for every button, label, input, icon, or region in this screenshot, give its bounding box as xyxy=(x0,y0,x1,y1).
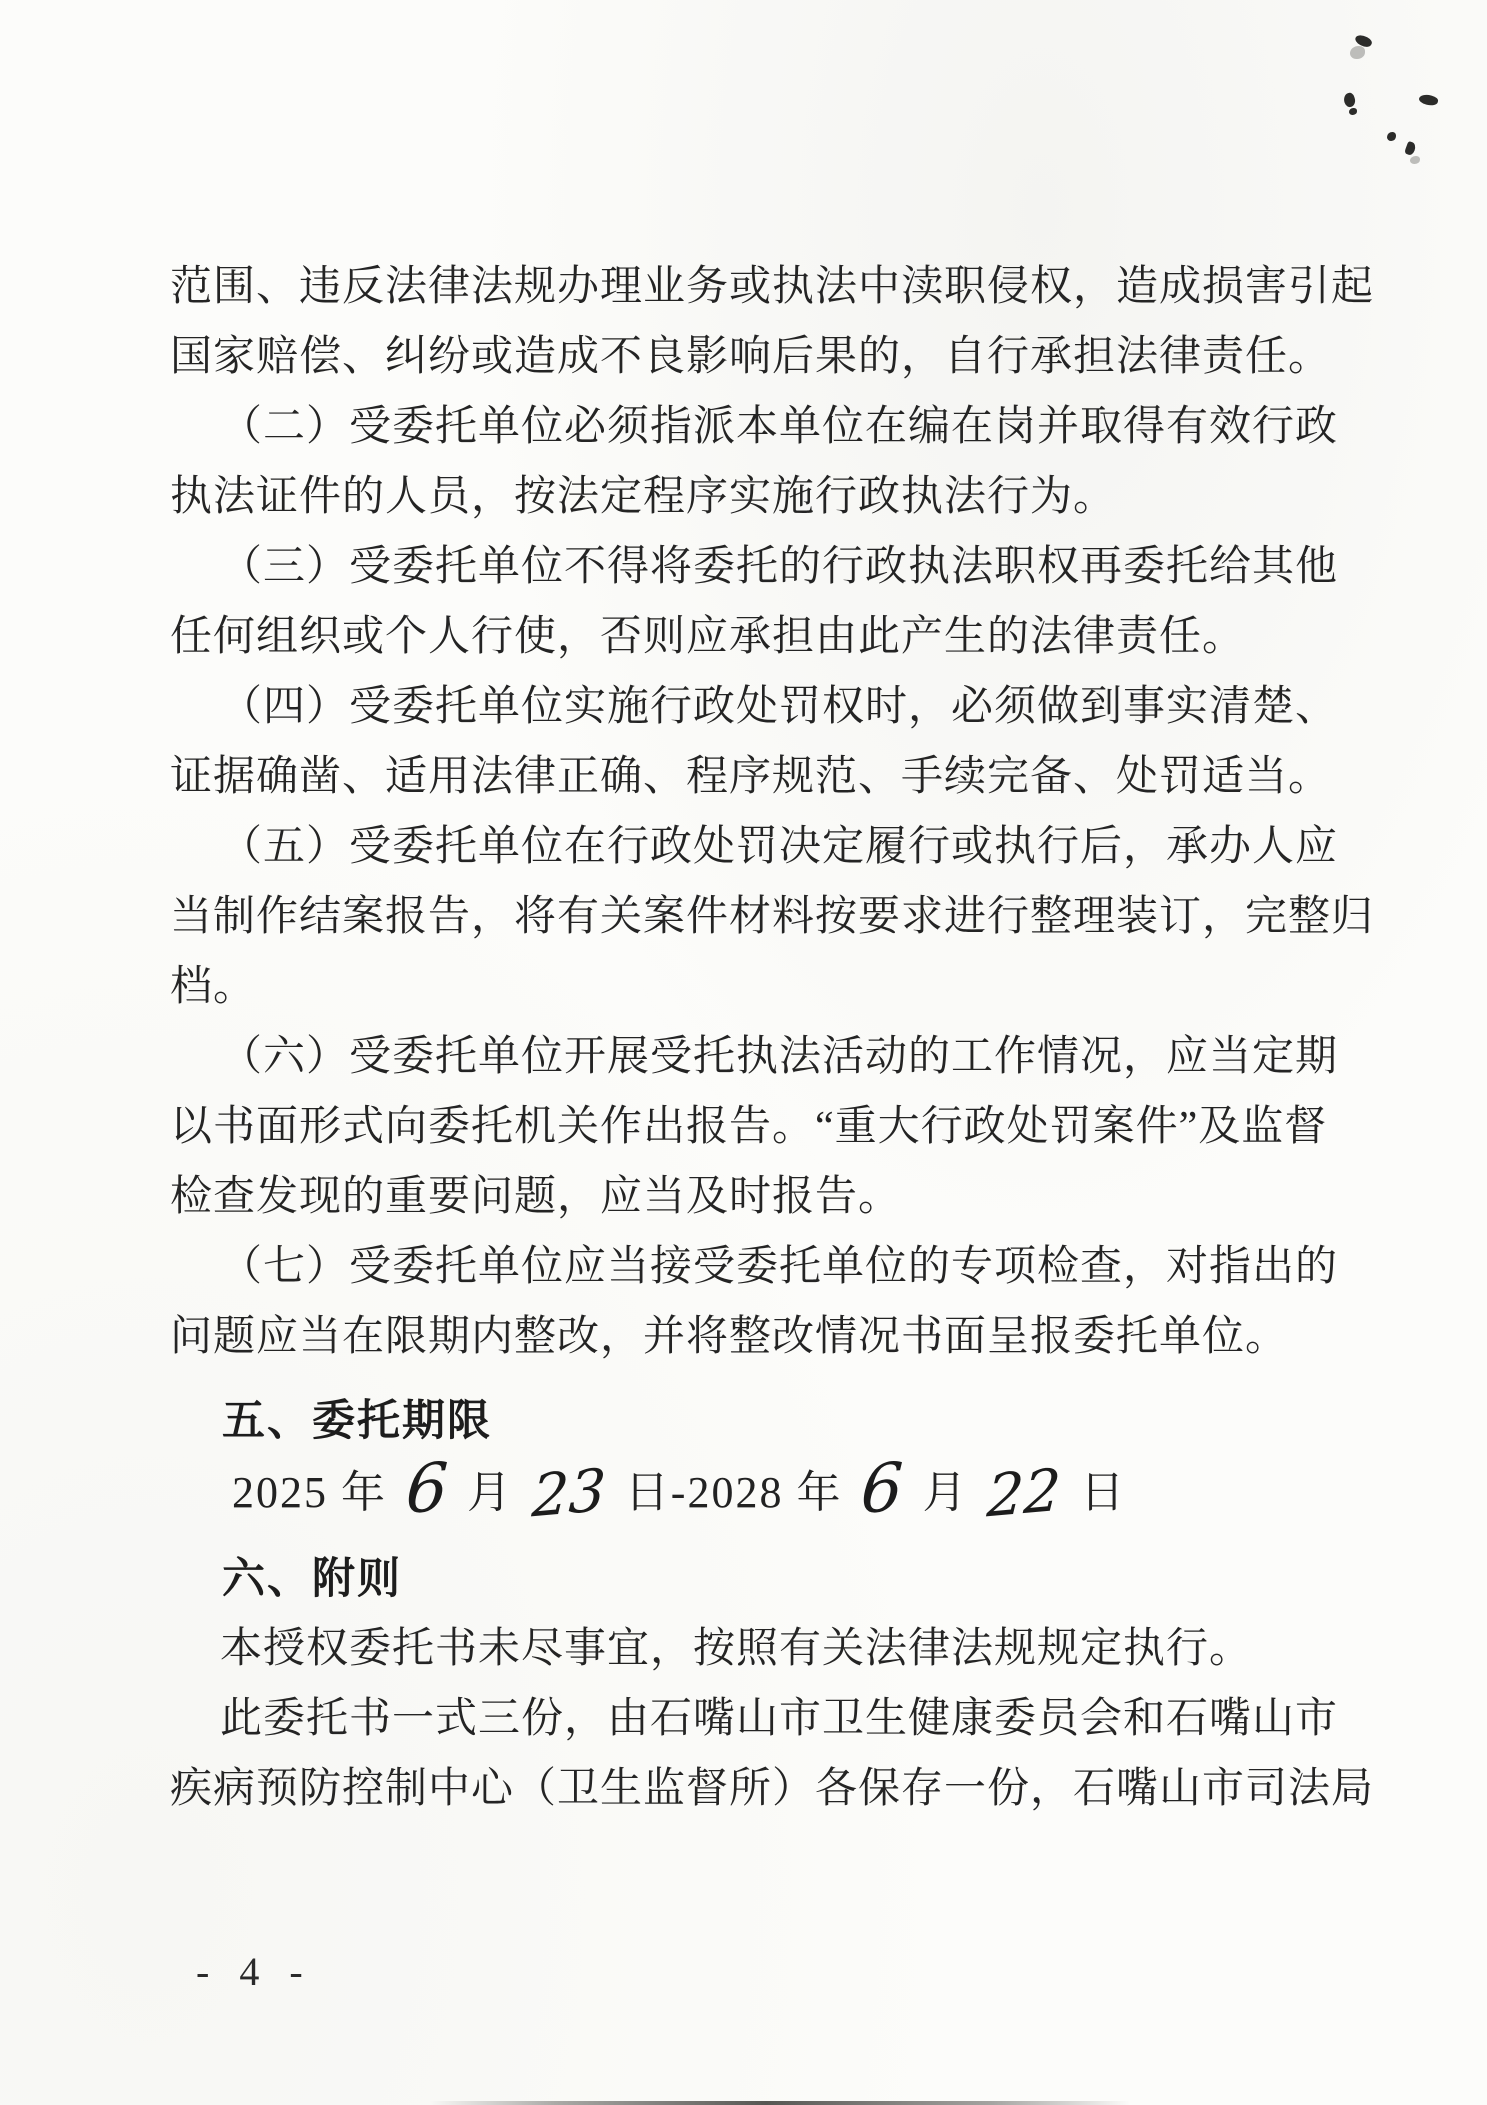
document-body: 范围、违反法律法规办理业务或执法中渎职侵权，造成损害引起 国家赔偿、纠纷或造成不… xyxy=(170,252,1080,1824)
text-line: （三）受委托单位不得将委托的行政执法职权再委托给其他 xyxy=(170,532,1080,602)
text-line: 任何组织或个人行使，否则应承担由此产生的法律责任。 xyxy=(170,602,1080,672)
text-line: 疾病预防控制中心（卫生监督所）各保存一份，石嘴山市司法局 xyxy=(170,1754,1080,1824)
text-line: 问题应当在限期内整改，并将整改情况书面呈报委托单位。 xyxy=(170,1302,1080,1372)
scan-edge-artifact xyxy=(430,2101,1130,2105)
text-line: 国家赔偿、纠纷或造成不良影响后果的，自行承担法律责任。 xyxy=(170,322,1080,392)
text-line: 档。 xyxy=(170,952,1080,1022)
text-line: 范围、违反法律法规办理业务或执法中渎职侵权，造成损害引起 xyxy=(170,252,1080,322)
text-line: （二）受委托单位必须指派本单位在编在岗并取得有效行政 xyxy=(170,392,1080,462)
ink-speck xyxy=(1349,108,1357,115)
ink-speck xyxy=(1404,141,1417,156)
section-heading-entrustment-term: 五、委托期限 xyxy=(170,1386,1080,1456)
text-line: 证据确凿、适用法律正确、程序规范、手续完备、处罚适当。 xyxy=(170,742,1080,812)
ink-speck xyxy=(1387,132,1396,141)
handwritten-day-number: 22 xyxy=(986,1461,1063,1526)
ink-speck xyxy=(1418,93,1439,107)
text-line: （六）受委托单位开展受托执法活动的工作情况，应当定期 xyxy=(170,1022,1080,1092)
entrustment-date-line: 2025 年 6 月 23 日-2028 年 6 月 22 日 xyxy=(170,1456,1080,1530)
text-line: （五）受委托单位在行政处罚决定履行或执行后，承办人应 xyxy=(170,812,1080,882)
handwritten-day-number: 23 xyxy=(531,1461,608,1526)
date-printed-segment: 2025 年 xyxy=(232,1468,387,1517)
date-printed-segment: 月 xyxy=(467,1468,513,1517)
handwritten-month-number: 6 xyxy=(860,1454,905,1524)
section-heading-supplementary: 六、附则 xyxy=(170,1544,1080,1614)
text-line: 以书面形式向委托机关作出报告。“重大行政处罚案件”及监督 xyxy=(170,1092,1080,1162)
scanned-document-page: 范围、违反法律法规办理业务或执法中渎职侵权，造成损害引起 国家赔偿、纠纷或造成不… xyxy=(0,0,1487,2105)
text-line: 检查发现的重要问题，应当及时报告。 xyxy=(170,1162,1080,1232)
ink-speck xyxy=(1342,92,1357,109)
handwritten-month-number: 6 xyxy=(404,1454,449,1524)
text-line: 此委托书一式三份，由石嘴山市卫生健康委员会和石嘴山市 xyxy=(170,1684,1080,1754)
text-line: 本授权委托书未尽事宜，按照有关法律法规规定执行。 xyxy=(170,1614,1080,1684)
page-number: - 4 - xyxy=(196,1948,313,1995)
ink-speck xyxy=(1350,46,1365,59)
text-line: 执法证件的人员，按法定程序实施行政执法行为。 xyxy=(170,462,1080,532)
text-line: （四）受委托单位实施行政处罚权时，必须做到事实清楚、 xyxy=(170,672,1080,742)
ink-speck xyxy=(1410,156,1420,164)
text-line: 当制作结案报告，将有关案件材料按要求进行整理装订，完整归 xyxy=(170,882,1080,952)
date-printed-segment: 月 xyxy=(922,1468,968,1517)
text-line: （七）受委托单位应当接受委托单位的专项检查，对指出的 xyxy=(170,1232,1080,1302)
date-printed-segment: 日 xyxy=(1080,1468,1126,1517)
date-printed-segment: 日-2028 年 xyxy=(625,1468,843,1517)
